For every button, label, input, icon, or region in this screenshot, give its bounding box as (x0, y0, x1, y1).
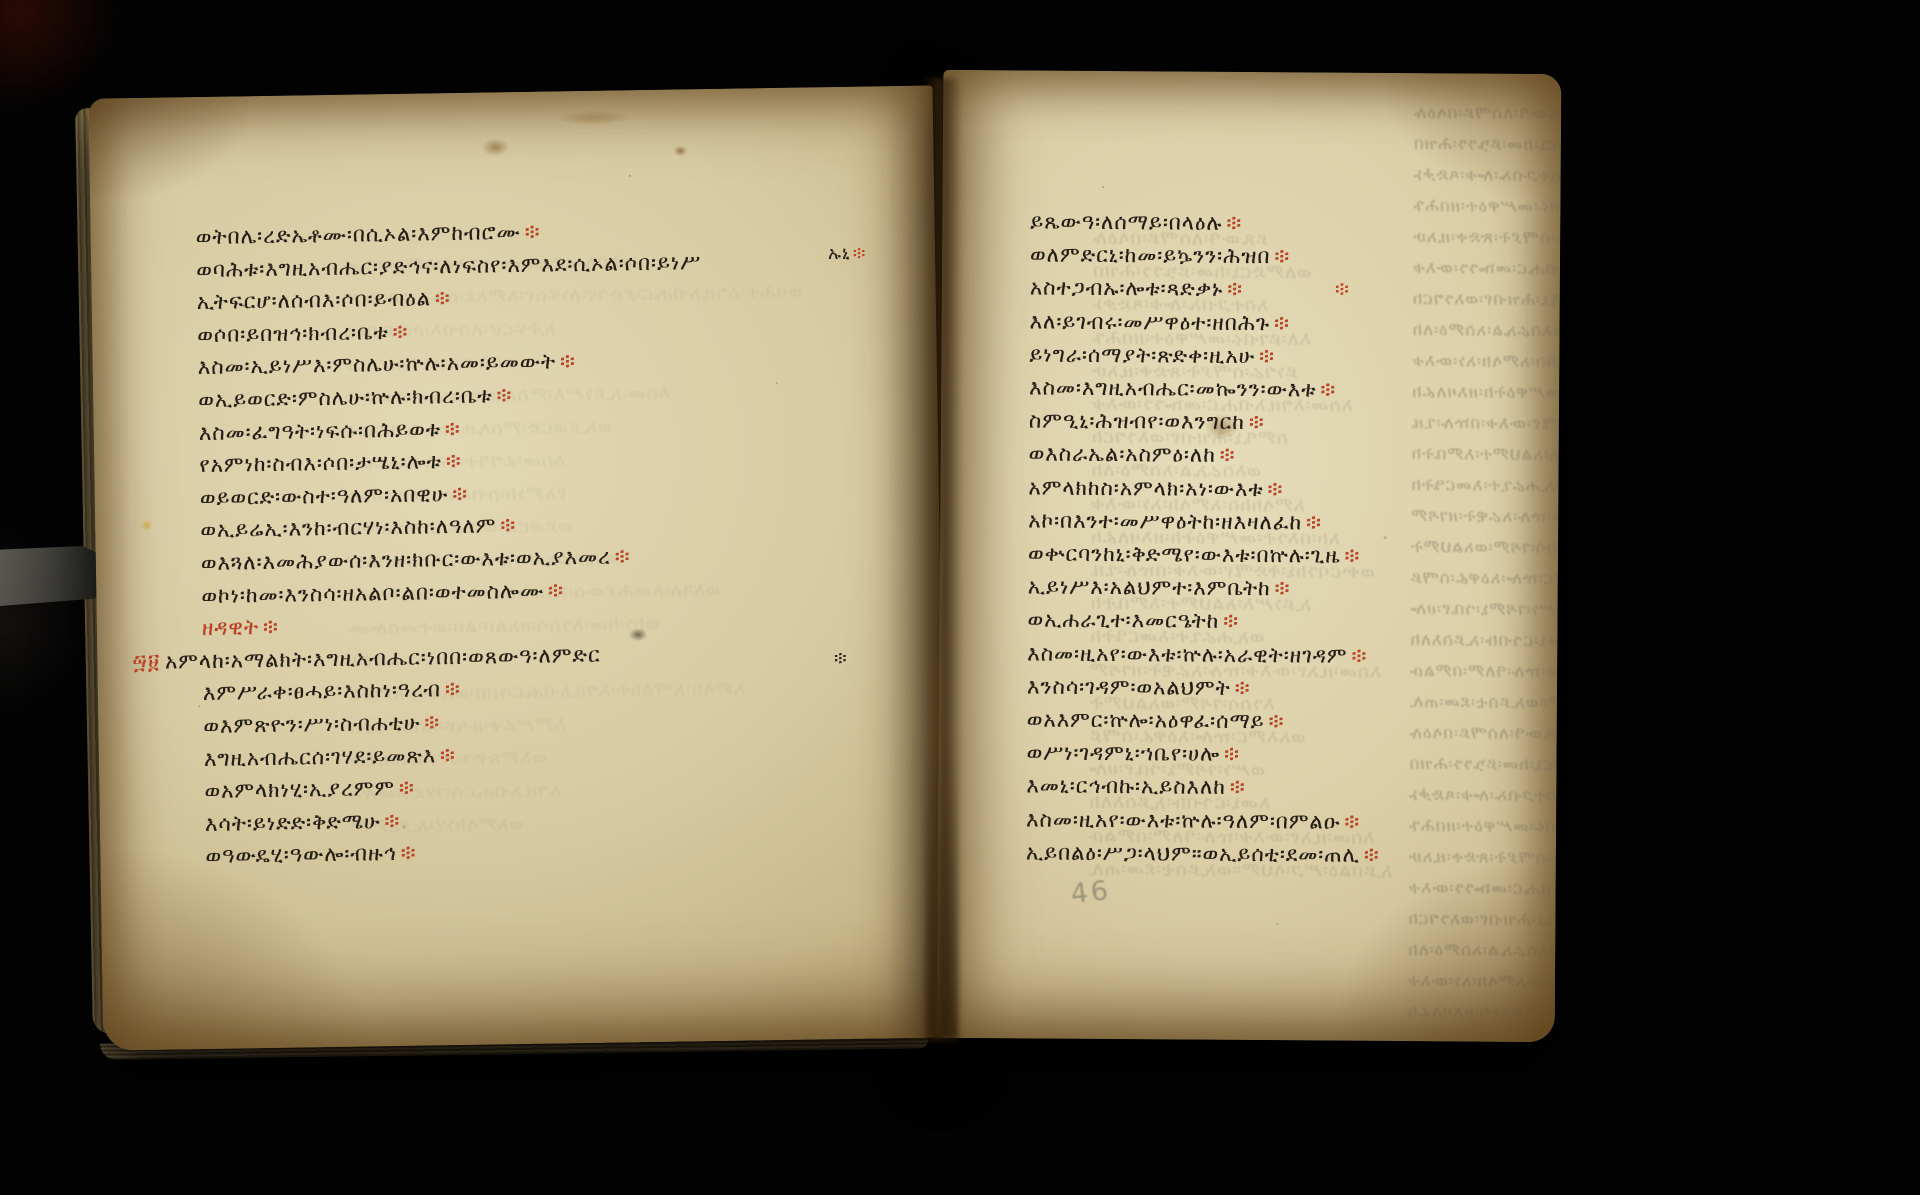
left-page-text: ወትበሌ፡ረድኤቶሙ፡በሲኦል፡እምከብሮሙ፨ወባሕቱ፡እግዚአብሔር፡ያድኅና… (89, 85, 948, 1050)
text-line: እስመ፡ዚአየ፡ውእቱ፡ኵሉ፡ዓለም፡በምልዑ፨ (1026, 807, 1360, 834)
text-line: እስመ፡እግዚአብሔር፡መኰንን፡ውእቱ፨ (1029, 375, 1336, 402)
section-mark: ፨ (496, 383, 512, 407)
text-line: እመኒ፡ርኅብኩ፡ኢይስእለከ፨ (1026, 774, 1245, 801)
text-line: ወትበሌ፡ረድኤቶሙ፡በሲኦል፡እምከብሮሙ፨ (196, 220, 541, 250)
line-text: እምሥራቀ፡ፀሓይ፡እስከነ፡ዓረብ (203, 678, 441, 706)
text-line: ወባሕቱ፡እግዚአብሔር፡ያድኅና፡ለነፍስየ፡እምእደ፡ሲኦል፡ሶበ፡ይነሥ (196, 250, 701, 283)
line-text: ወኢሐራጊተ፡እመርዔትከ (1027, 608, 1219, 633)
text-line: ኢትፍርሆ፡ለሰብእ፡ሶበ፡ይብዕል፨ (197, 286, 451, 315)
section-mark: ፨ (384, 809, 400, 833)
line-text: ወሥነ፡ገዳምኒ፡ኀቤየ፡ሀሎ (1027, 741, 1221, 766)
text-line: ወእምጽዮን፡ሥነ፡ስብሐቲሁ፨ (203, 710, 440, 739)
section-mark: ፨ (1344, 544, 1360, 568)
line-text: ወኢይሬኢ፡እንከ፡ብርሃነ፡እስከ፡ለዓለም (200, 514, 496, 543)
text-line: እንስሳ፡ገዳም፡ወአልህምት፨ (1027, 674, 1251, 701)
section-mark: ፨ (1259, 344, 1275, 368)
line-text: አስተጋብኡ፡ሎቱ፡ጻድቃኑ (1030, 276, 1224, 301)
section-mark: ፨ (548, 578, 564, 602)
section-mark: ፨ (1224, 742, 1240, 766)
line-text: እስመ፡ኢይነሥእ፡ምስሌሁ፡ኵሉ፡አመ፡ይመውት (198, 350, 557, 380)
section-mark: ፨ (446, 449, 462, 473)
text-line: ይነግራ፡ሰማያት፡ጽድቀ፡ዚአሁ፨ (1029, 342, 1275, 369)
text-line: ወሶበ፡ይበዝኅ፡ክብረ፡ቤቱ፨ (197, 319, 409, 347)
section-mark: ፨ (1320, 377, 1336, 401)
text-line: እሳት፡ይነድድ፡ቅድሜሁ፨ (205, 809, 401, 837)
psalm-number-rubric: ፵፱ (132, 649, 160, 673)
line-text: እስመ፡ዚአየ፡ውእቱ፡ኵሉ፡ዓለም፡በምልዑ (1026, 807, 1340, 833)
text-line: ወለምድርኒ፡ከመ፡ይኴንን፡ሕዝበ፨ (1030, 243, 1290, 270)
section-mark: ፨ (1227, 277, 1243, 301)
pencil-page-number: 46 (1069, 875, 1113, 910)
text-line: ወኮነ፡ከመ፡እንስሳ፡ዘአልቦ፡ልበ፡ወተመስሎሙ፨ (201, 578, 564, 609)
section-mark: ፨ (399, 776, 415, 800)
section-mark: ፨ (1364, 843, 1380, 867)
text-line: አስተጋብኡ፡ሎቱ፡ጻድቃኑ፨ (1030, 276, 1243, 302)
section-mark: ፨ (1220, 443, 1236, 467)
section-mark: ፨ (392, 319, 408, 343)
line-text: ወእስራኤል፡አስምዕ፡ለከ (1029, 442, 1216, 467)
line-text: አምላከ፡አማልክት፡እግዚአብሔር፡ነበበ፡ወጸውዓ፡ለምድር (165, 643, 601, 674)
gutter-overflow-mark: ፨ (834, 648, 848, 669)
line-text: ይነግራ፡ሰማያት፡ጽድቀ፡ዚአሁ (1029, 342, 1255, 368)
book-gutter (922, 78, 962, 1040)
section-mark: ፨ (1235, 676, 1251, 700)
section-mark: ፨ (1351, 643, 1367, 667)
section-mark: ፨ (424, 710, 440, 734)
section-mark: ፨ (401, 841, 417, 865)
line-text: ኢትፍርሆ፡ለሰብእ፡ሶበ፡ይብዕል (197, 287, 432, 315)
photograph: ወትበሌ፡ረድኤቶሙ፡በሲኦል፡እምከብሮሙወባሕቱ፡እግዚአብሔር፡ያድኅና፡… (0, 0, 1920, 1195)
text-line: ኢይነሥእ፡አልህምተ፡እምቤትከ፨ (1028, 575, 1291, 602)
line-text: ወኮነ፡ከመ፡እንስሳ፡ዘአልቦ፡ልበ፡ወተመስሎሙ (201, 578, 544, 607)
line-text: ወእምጽዮን፡ሥነ፡ስብሐቲሁ (203, 711, 420, 738)
section-mark: ፨ (853, 243, 867, 264)
text-line: እስመ፡ኢይነሥእ፡ምስሌሁ፡ኵሉ፡አመ፡ይመውት፨ (198, 349, 576, 380)
section-mark: ፨ (1269, 709, 1285, 733)
section-mark: ፨ (1223, 609, 1239, 633)
right-page: ይጼውዓ፡ለሰማይ፡በላዕሉወለምድርኒ፡ከመ፡ይኴንን፡ሕዝበአስተጋብኡ፡ሎ… (937, 70, 1562, 1042)
right-page-text: ይጼውዓ፡ለሰማይ፡በላዕሉ፨ወለምድርኒ፡ከመ፡ይኴንን፡ሕዝበ፨አስተጋብኡ… (937, 70, 1562, 1042)
section-mark: ፨ (500, 513, 516, 537)
text-line: አምላክከስ፡አምላክ፡አነ፡ውእቱ፨ (1028, 475, 1283, 502)
section-mark: ፨ (440, 743, 456, 767)
line-text: ወእጓለ፡እመሕያውሰ፡እንዘ፡ክቡር፡ውእቱ፡ወኢያእመረ (201, 545, 611, 575)
text-line: እለ፡ይገብሩ፡መሥዋዕተ፡ዘበሕጉ፨ (1030, 309, 1290, 336)
line-text: ወአእምር፡ኵሎ፡አዕዋፈ፡ሰማይ (1027, 707, 1265, 733)
section-mark: ፨ (1249, 410, 1265, 434)
text-line: ኢይበልዕ፡ሥጋ፡ላህም።ወኢይሰቲ፡ደመ፡ጠሊ፨ (1026, 840, 1380, 867)
section-mark: ፨ (560, 349, 576, 373)
section-mark: ፨ (445, 416, 461, 440)
text-line: ፵፱አምላከ፡አማልክት፡እግዚአብሔር፡ነበበ፡ወጸውዓ፡ለምድር (132, 643, 601, 675)
text-line: ወኢይወርድ፡ምስሌሁ፡ኵሉ፡ክብረ፡ቤቱ፨ (198, 383, 512, 413)
text-line: ወኢይሬኢ፡እንከ፡ብርሃነ፡እስከ፡ለዓለም፨ (200, 513, 516, 543)
line-text: ዘዳዊት (202, 615, 260, 640)
line-text: እግዚአብሔርሰ፡ገሃደ፡ይመጽእ (204, 743, 436, 771)
section-mark: ፨ (1274, 244, 1290, 268)
section-mark: ፨ (615, 544, 631, 568)
overflow-ink: ኡኒ (828, 243, 851, 264)
section-mark: ፨ (525, 220, 541, 244)
text-line: ወሥነ፡ገዳምኒ፡ኀቤየ፡ሀሎ፨ (1027, 741, 1240, 767)
line-text: የአምነከ፡ስብእ፡ሶበ፡ታሤኒ፡ሎቱ (199, 449, 442, 477)
stray-section-mark: ፨ (1335, 277, 1349, 301)
line-text: ኢይበልዕ፡ሥጋ፡ላህም።ወኢይሰቲ፡ደመ፡ጠሊ (1026, 840, 1360, 866)
line-text: ወለምድርኒ፡ከመ፡ይኴንን፡ሕዝበ (1030, 243, 1271, 269)
text-line: ወእስራኤል፡አስምዕ፡ለከ፨ (1029, 442, 1236, 468)
section-mark: ፨ (1274, 311, 1290, 335)
section-mark: ፨ (1344, 809, 1360, 833)
section-mark: ፨ (1306, 510, 1322, 534)
section-mark: ፨ (1230, 775, 1246, 799)
section-mark: ፨ (1268, 477, 1284, 501)
line-text: ወኢይወርድ፡ምስሌሁ፡ኵሉ፡ክብረ፡ቤቱ (198, 383, 493, 412)
line-text: እስመ፡እግዚአብሔር፡መኰንን፡ውእቱ (1029, 375, 1316, 401)
line-text: ወሶበ፡ይበዝኅ፡ክብረ፡ቤቱ (197, 320, 389, 347)
text-line: ወአምላክነሂ፡ኢያረምም፨ (204, 776, 415, 804)
line-text: እሳት፡ይነድድ፡ቅድሜሁ (205, 809, 381, 836)
text-line: እግዚአብሔርሰ፡ገሃደ፡ይመጽእ፨ (204, 743, 456, 772)
line-text: ወዓውዴሂ፡ዓውሎ፡ብዙኅ (205, 841, 397, 868)
text-line: የአምነከ፡ስብእ፡ሶበ፡ታሤኒ፡ሎቱ፨ (199, 449, 462, 478)
text-line: ወኢሐራጊተ፡እመርዔትከ፨ (1027, 608, 1239, 634)
line-text: ስምዒኒ፡ሕዝብየ፡ወእንግርከ (1029, 409, 1245, 435)
text-line: እስመ፡ዚአየ፡ውእቱ፡ኵሉ፡አራዊት፡ዘገዳም፨ (1027, 641, 1367, 668)
line-text: እለ፡ይገብሩ፡መሥዋዕተ፡ዘበሕጉ (1030, 309, 1271, 335)
line-text: እንስሳ፡ገዳም፡ወአልህምት (1027, 674, 1231, 699)
text-line: ወአእምር፡ኵሎ፡አዕዋፈ፡ሰማይ፨ (1027, 707, 1285, 734)
text-line: ወዓውዴሂ፡ዓውሎ፡ብዙኅ፨ (205, 841, 416, 869)
line-text: እመኒ፡ርኅብኩ፡ኢይስእለከ (1026, 774, 1226, 799)
line-text: ወባሕቱ፡እግዚአብሔር፡ያድኅና፡ለነፍስየ፡እምእደ፡ሲኦል፡ሶበ፡ይነሥ (196, 250, 701, 282)
section-mark: ፨ (1275, 576, 1291, 600)
section-mark: ፨ (452, 482, 468, 506)
text-line: እስመ፡ፈግዓት፡ነፍሱ፡በሕይወቱ፨ (199, 416, 461, 445)
line-text: ወትበሌ፡ረድኤቶሙ፡በሲኦል፡እምከብሮሙ (196, 220, 521, 249)
line-text: አምላክከስ፡አምላክ፡አነ፡ውእቱ (1028, 475, 1263, 501)
text-line: ስምዒኒ፡ሕዝብየ፡ወእንግርከ፨ (1029, 409, 1265, 436)
section-mark: ፨ (445, 677, 461, 701)
line-text: እስመ፡ፈግዓት፡ነፍሱ፡በሕይወቱ (199, 417, 441, 445)
gutter-overflow-text: ኡኒ፨ (828, 243, 866, 264)
line-text: ወቍርባንከኒ፡ቅድሜየ፡ውእቱ፡በኵሉ፡ጊዜ (1028, 541, 1341, 567)
line-text: ወይወርድ፡ውስተ፡ዓለም፡አበዊሁ (200, 482, 449, 510)
line-text: ኢይነሥእ፡አልህምተ፡እምቤትከ (1028, 575, 1271, 601)
line-text: ወአምላክነሂ፡ኢያረምም (204, 776, 395, 803)
rubric-heading: ዘዳዊት፨ (202, 615, 279, 641)
text-line: ወእጓለ፡እመሕያውሰ፡እንዘ፡ክቡር፡ውእቱ፡ወኢያእመረ፨ (201, 544, 631, 576)
section-mark: ፨ (263, 615, 279, 639)
section-mark: ፨ (1226, 211, 1242, 235)
text-line: አኮ፡በእንተ፡መሥዋዕትከ፡ዘእዛለፈከ፨ (1028, 508, 1322, 535)
text-line: ወቍርባንከኒ፡ቅድሜየ፡ውእቱ፡በኵሉ፡ጊዜ፨ (1028, 541, 1360, 568)
section-mark: ፨ (435, 286, 451, 310)
left-page: ወትበሌ፡ረድኤቶሙ፡በሲኦል፡እምከብሮሙወባሕቱ፡እግዚአብሔር፡ያድኅና፡… (89, 85, 948, 1050)
text-line: እምሥራቀ፡ፀሓይ፡እስከነ፡ዓረብ፨ (203, 677, 461, 706)
line-text: እስመ፡ዚአየ፡ውእቱ፡ኵሉ፡አራዊት፡ዘገዳም (1027, 641, 1347, 667)
text-line: ወይወርድ፡ውስተ፡ዓለም፡አበዊሁ፨ (200, 482, 469, 511)
line-text: አኮ፡በእንተ፡መሥዋዕትከ፡ዘእዛለፈከ (1028, 508, 1302, 534)
text-line: ይጼውዓ፡ለሰማይ፡በላዕሉ፨ (1030, 209, 1242, 235)
line-text: ይጼውዓ፡ለሰማይ፡በላዕሉ (1030, 209, 1222, 234)
